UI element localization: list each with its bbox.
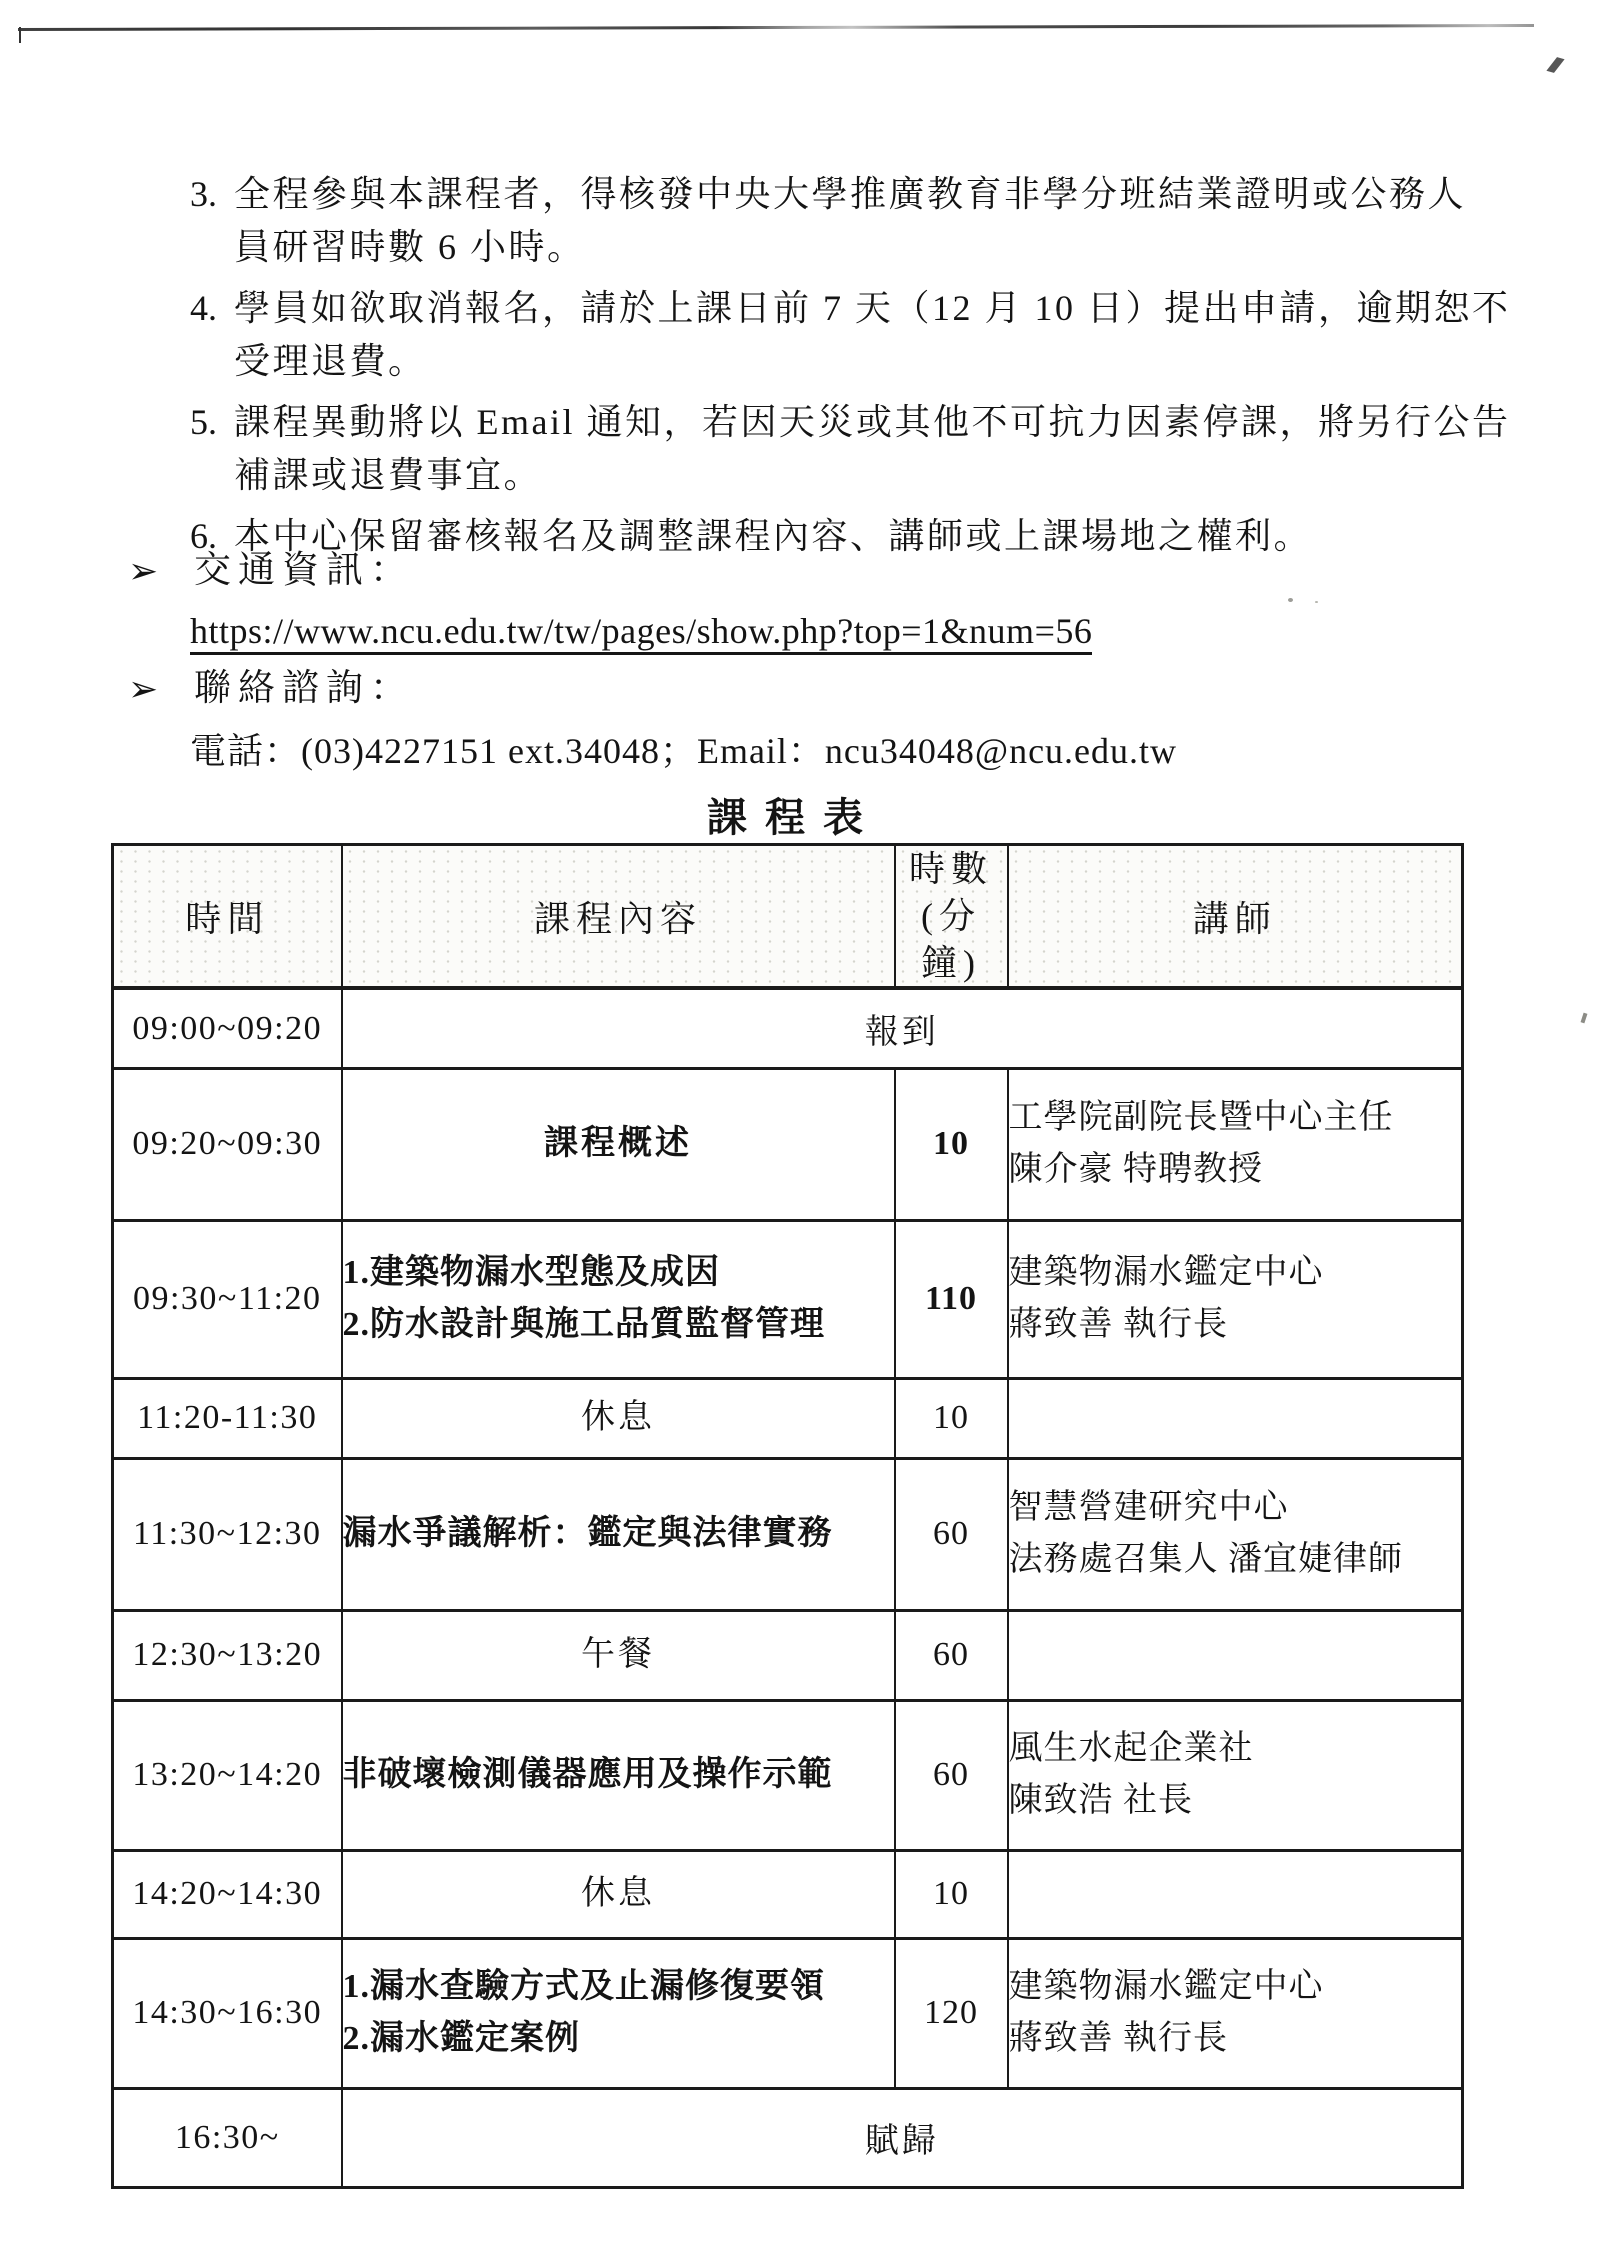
time-cell: 12:30~13:20	[113, 1610, 342, 1700]
lecturer-cell	[1008, 1610, 1463, 1700]
course-content-cell: 休息	[342, 1850, 895, 1938]
schedule-title: 課 程 表	[111, 786, 1463, 843]
lecturer-line: 工學院副院長暨中心主任	[1009, 1092, 1462, 1145]
scan-artifact-line	[18, 24, 1534, 31]
traffic-info-row: ➢ 交通資訊：	[128, 545, 1468, 597]
list-item: 5.課程異動將以 Email 通知，若因天災或其他不可抗力因素停課，將另行公告補…	[190, 396, 1475, 502]
traffic-info-label: 交通資訊：	[194, 545, 414, 597]
header-lecturer: 講師	[1008, 845, 1463, 989]
schedule-table: 時間 課程內容 時數 (分鐘) 講師 09:00~09:20報到09:20~09…	[111, 843, 1464, 2189]
list-item-number: 4.	[190, 282, 234, 388]
list-item-text: 課程異動將以 Email 通知，若因天災或其他不可抗力因素停課，將另行公告補課或…	[234, 396, 1510, 502]
course-content-line: 休息	[343, 1392, 894, 1445]
traffic-url-line: https://www.ncu.edu.tw/tw/pages/show.php…	[190, 605, 1468, 657]
list-item: 3.全程參與本課程者，得核發中央大學推廣教育非學分班結業證明或公務人員研習時數 …	[190, 168, 1475, 274]
course-content-cell: 非破壞檢測儀器應用及操作示範	[342, 1700, 895, 1850]
table-row: 12:30~13:20午餐60	[113, 1610, 1463, 1700]
scan-artifact-corner	[1546, 57, 1564, 73]
course-content-cell: 午餐	[342, 1610, 895, 1700]
list-item: 4.學員如欲取消報名，請於上課日前 7 天（12 月 10 日）提出申請，逾期恕…	[190, 282, 1475, 388]
header-duration: 時數 (分鐘)	[895, 845, 1008, 989]
list-item-line: 受理退費。	[234, 335, 1511, 388]
table-row: 09:30~11:201.建築物漏水型態及成因2.防水設計與施工品質監督管理11…	[113, 1220, 1463, 1378]
lecturer-cell	[1008, 1378, 1463, 1458]
course-content-line: 2.防水設計與施工品質監督管理	[343, 1299, 894, 1352]
arrow-bullet-icon: ➢	[128, 545, 172, 597]
time-cell: 14:30~16:30	[113, 1938, 342, 2088]
duration-cell: 110	[895, 1220, 1008, 1378]
scan-artifact-speck	[1581, 1013, 1588, 1024]
course-notes-list: 3.全程參與本課程者，得核發中央大學推廣教育非學分班結業證明或公務人員研習時數 …	[190, 168, 1475, 571]
list-item-line: 補課或退費事宜。	[234, 449, 1510, 502]
scan-artifact-tick	[19, 27, 21, 43]
time-cell: 11:20-11:30	[113, 1378, 342, 1458]
table-row: 14:30~16:301.漏水查驗方式及止漏修復要領2.漏水鑑定案例120建築物…	[113, 1938, 1463, 2088]
time-cell: 09:30~11:20	[113, 1220, 342, 1378]
time-cell: 13:20~14:20	[113, 1700, 342, 1850]
course-content-line: 休息	[343, 1868, 894, 1921]
course-content-line: 午餐	[343, 1629, 894, 1682]
lecturer-cell: 風生水起企業社陳致浩 社長	[1008, 1700, 1463, 1850]
time-cell: 09:00~09:20	[113, 988, 342, 1068]
time-cell: 09:20~09:30	[113, 1068, 342, 1220]
list-item-text: 全程參與本課程者，得核發中央大學推廣教育非學分班結業證明或公務人員研習時數 6 …	[234, 168, 1475, 274]
table-row: 11:20-11:30休息10	[113, 1378, 1463, 1458]
duration-cell: 60	[895, 1610, 1008, 1700]
course-content-line: 1.建築物漏水型態及成因	[343, 1247, 894, 1300]
lecturer-cell: 建築物漏水鑑定中心蔣致善 執行長	[1008, 1938, 1463, 2088]
header-duration-line1: 時數	[896, 846, 1007, 893]
course-content-line: 1.漏水查驗方式及止漏修復要領	[343, 1961, 894, 2014]
course-content-cell: 漏水爭議解析：鑑定與法律實務	[342, 1458, 895, 1610]
header-duration-line2: (分鐘)	[896, 893, 1007, 987]
lecturer-line: 蔣致善 執行長	[1009, 1299, 1462, 1352]
lecturer-line: 風生水起企業社	[1009, 1723, 1462, 1776]
header-time: 時間	[113, 845, 342, 989]
header-content: 課程內容	[342, 845, 895, 989]
time-cell: 16:30~	[113, 2088, 342, 2187]
list-item-line: 員研習時數 6 小時。	[234, 221, 1475, 274]
lecturer-cell: 建築物漏水鑑定中心蔣致善 執行長	[1008, 1220, 1463, 1378]
table-row: 09:20~09:30課程概述10工學院副院長暨中心主任陳介豪 特聘教授	[113, 1068, 1463, 1220]
lecturer-line: 建築物漏水鑑定中心	[1009, 1247, 1462, 1300]
table-row: 14:20~14:30休息10	[113, 1850, 1463, 1938]
lecturer-line: 陳介豪 特聘教授	[1009, 1144, 1462, 1197]
course-content-cell: 休息	[342, 1378, 895, 1458]
duration-cell: 60	[895, 1458, 1008, 1610]
arrow-bullet-icon: ➢	[128, 663, 172, 715]
lecturer-line: 蔣致善 執行長	[1009, 2013, 1462, 2066]
list-item-line: 課程異動將以 Email 通知，若因天災或其他不可抗力因素停課，將另行公告	[234, 396, 1510, 449]
schedule-table-wrap: 時間 課程內容 時數 (分鐘) 講師 09:00~09:20報到09:20~09…	[111, 843, 1463, 2189]
time-cell: 14:20~14:30	[113, 1850, 342, 1938]
table-row: 13:20~14:20非破壞檢測儀器應用及操作示範60風生水起企業社陳致浩 社長	[113, 1700, 1463, 1850]
merged-activity-cell: 賦歸	[342, 2088, 1463, 2187]
table-header-row: 時間 課程內容 時數 (分鐘) 講師	[113, 845, 1463, 989]
schedule-body: 09:00~09:20報到09:20~09:30課程概述10工學院副院長暨中心主…	[113, 988, 1463, 2187]
course-content-cell: 1.漏水查驗方式及止漏修復要領2.漏水鑑定案例	[342, 1938, 895, 2088]
course-content-cell: 課程概述	[342, 1068, 895, 1220]
table-row: 16:30~賦歸	[113, 2088, 1463, 2187]
merged-activity-cell: 報到	[342, 988, 1463, 1068]
lecturer-cell: 工學院副院長暨中心主任陳介豪 特聘教授	[1008, 1068, 1463, 1220]
contact-info-label: 聯絡諮詢：	[194, 663, 414, 715]
info-section: ➢ 交通資訊： https://www.ncu.edu.tw/tw/pages/…	[128, 545, 1468, 777]
table-row: 11:30~12:30漏水爭議解析：鑑定與法律實務60智慧營建研究中心法務處召集…	[113, 1458, 1463, 1610]
list-item-line: 學員如欲取消報名，請於上課日前 7 天（12 月 10 日）提出申請，逾期恕不	[234, 282, 1511, 335]
duration-cell: 10	[895, 1068, 1008, 1220]
lecturer-line: 建築物漏水鑑定中心	[1009, 1961, 1462, 2014]
list-item-number: 5.	[190, 396, 234, 502]
course-content-line: 漏水爭議解析：鑑定與法律實務	[343, 1508, 894, 1561]
course-content-cell: 1.建築物漏水型態及成因2.防水設計與施工品質監督管理	[342, 1220, 895, 1378]
lecturer-cell	[1008, 1850, 1463, 1938]
contact-phone-email: 電話：(03)4227151 ext.34048；Email：ncu34048@…	[190, 725, 1468, 777]
lecturer-line: 法務處召集人 潘宜婕律師	[1009, 1534, 1462, 1587]
duration-cell: 60	[895, 1700, 1008, 1850]
lecturer-cell: 智慧營建研究中心法務處召集人 潘宜婕律師	[1008, 1458, 1463, 1610]
contact-info-row: ➢ 聯絡諮詢：	[128, 663, 1468, 715]
lecturer-line: 陳致浩 社長	[1009, 1775, 1462, 1828]
traffic-info-link[interactable]: https://www.ncu.edu.tw/tw/pages/show.php…	[190, 611, 1092, 655]
duration-cell: 120	[895, 1938, 1008, 2088]
table-row: 09:00~09:20報到	[113, 988, 1463, 1068]
duration-cell: 10	[895, 1850, 1008, 1938]
lecturer-line: 智慧營建研究中心	[1009, 1482, 1462, 1535]
course-content-line: 課程概述	[343, 1118, 894, 1171]
duration-cell: 10	[895, 1378, 1008, 1458]
list-item-line: 全程參與本課程者，得核發中央大學推廣教育非學分班結業證明或公務人	[234, 168, 1475, 221]
course-content-line: 非破壞檢測儀器應用及操作示範	[343, 1749, 894, 1802]
time-cell: 11:30~12:30	[113, 1458, 342, 1610]
list-item-text: 學員如欲取消報名，請於上課日前 7 天（12 月 10 日）提出申請，逾期恕不受…	[234, 282, 1511, 388]
list-item-number: 3.	[190, 168, 234, 274]
course-content-line: 2.漏水鑑定案例	[343, 2013, 894, 2066]
